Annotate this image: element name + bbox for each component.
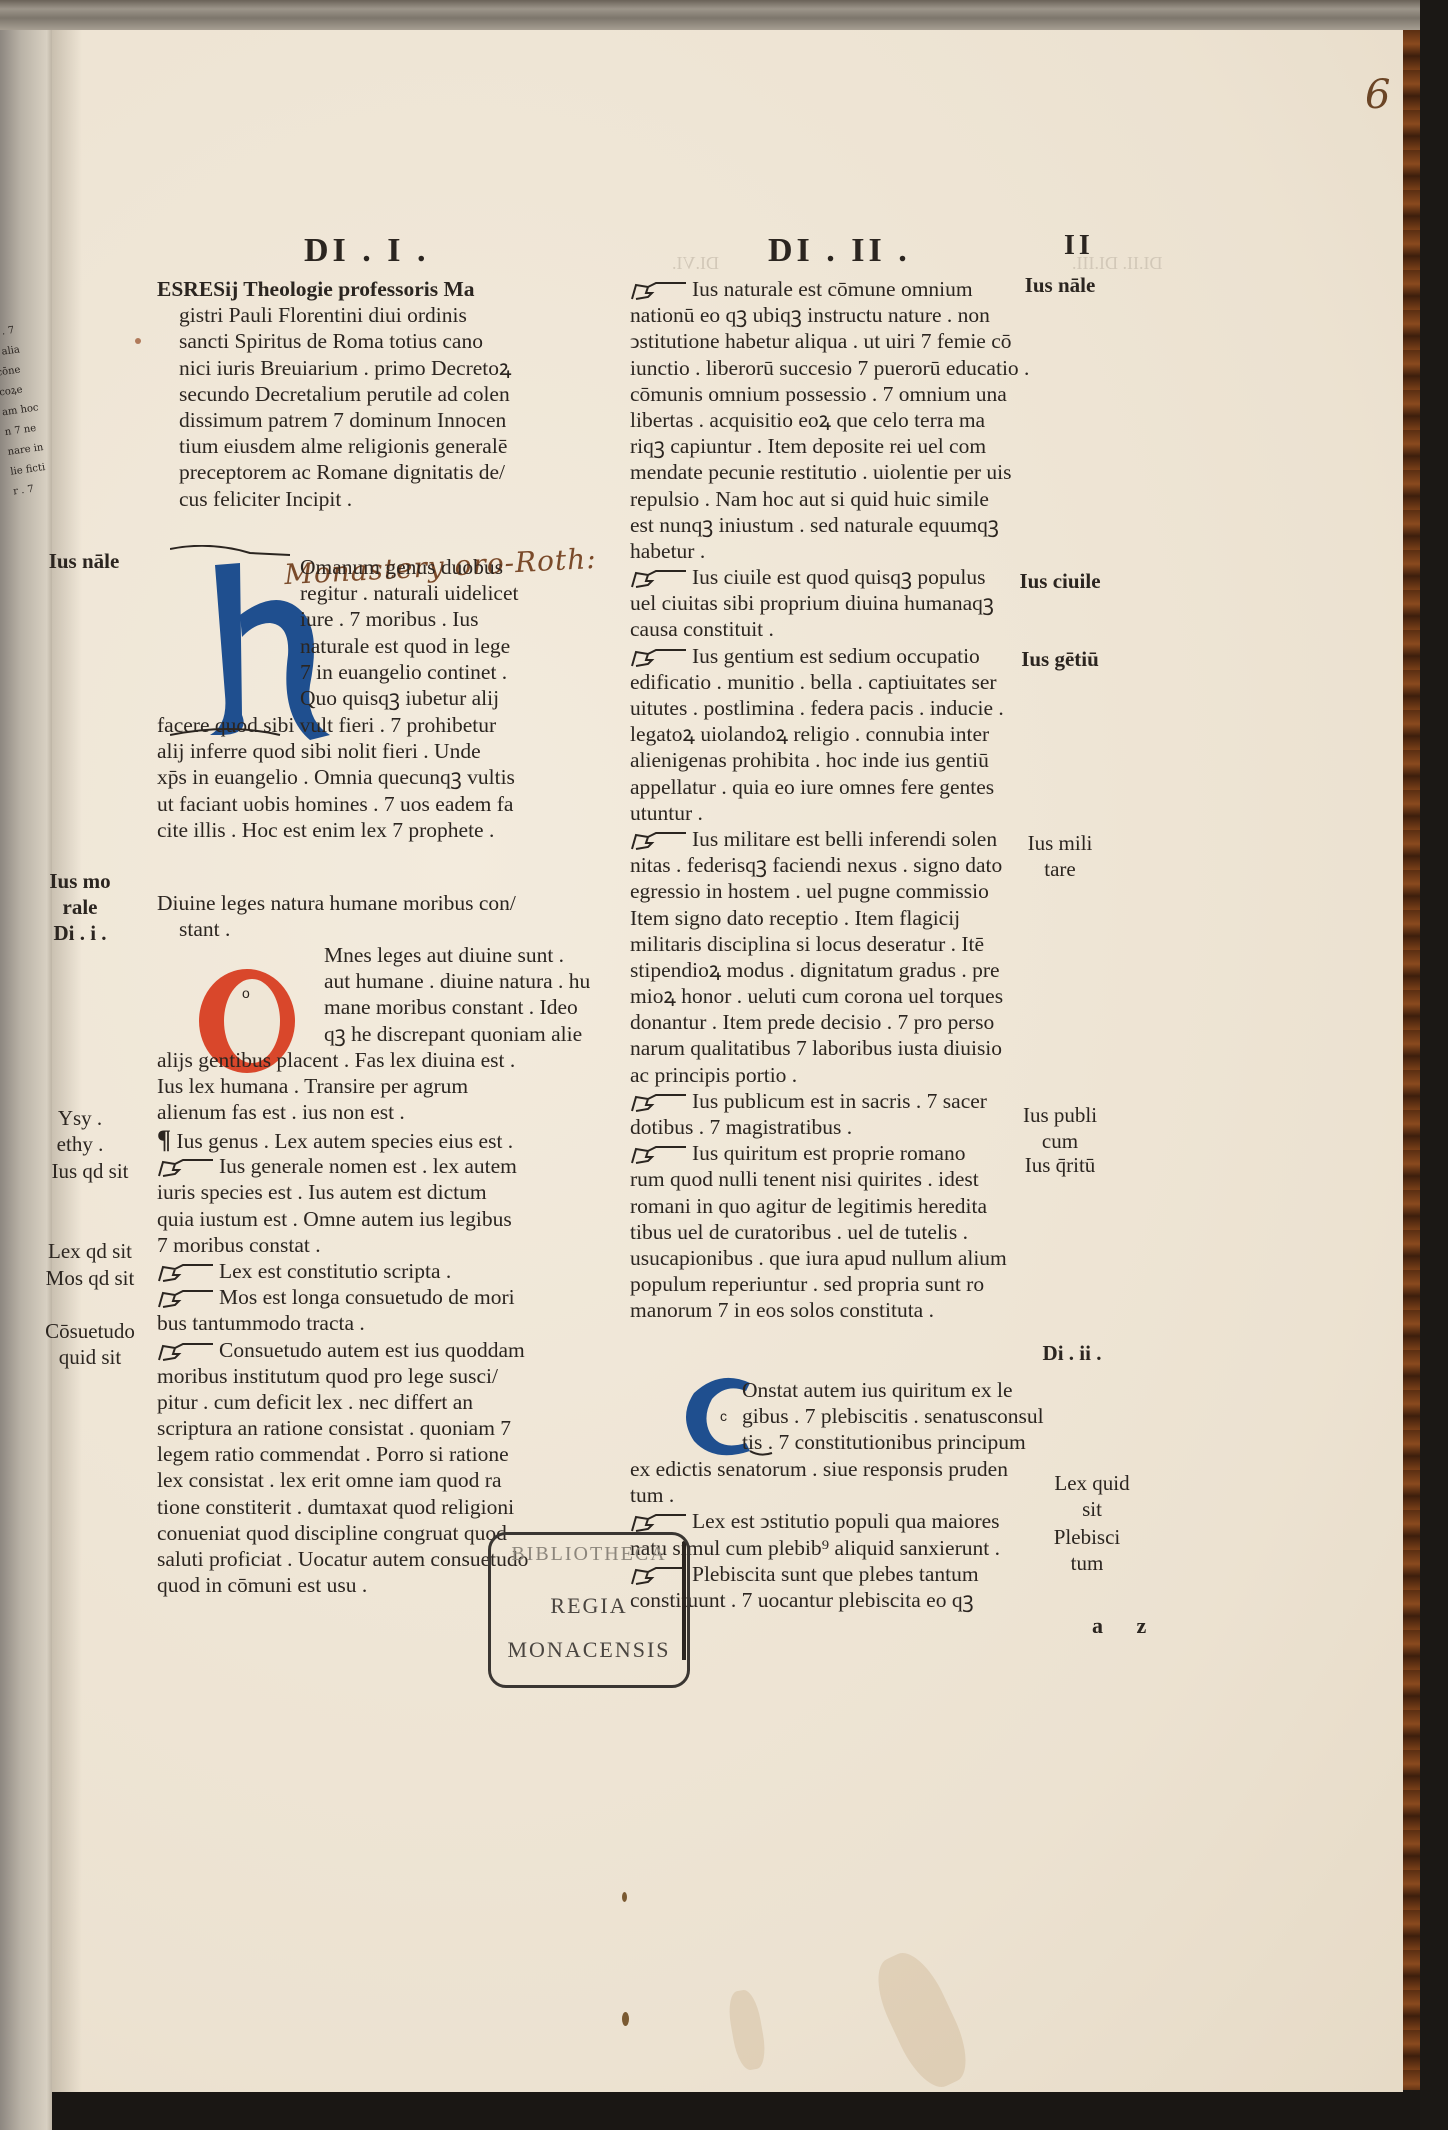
- text-line-content: nationū eo qꝫ ubiqꝫ instructu nature . n…: [630, 303, 990, 327]
- text-line: appellatur . quia eo iure omnes fere gen…: [630, 774, 1029, 800]
- text-line: Onstat autem ius quiritum ex le: [742, 1377, 1044, 1403]
- text-line: scriptura an ratione consistat . quoniam…: [157, 1415, 528, 1441]
- text-line-content: Ius militare est belli inferendi solen: [692, 827, 997, 851]
- text-line: nici iuris Breuiarium . primo Decretoꝝ: [157, 355, 511, 381]
- text-line-content: riqꝫ capiuntur . Item deposite rei uel c…: [630, 434, 986, 458]
- bleed-through-text: DI.VI.: [672, 250, 719, 276]
- text-line: quia iustum est . Omne autem ius legibus: [157, 1206, 528, 1232]
- text-line-content: donantur . Item prede decisio . 7 pro pe…: [630, 1010, 994, 1034]
- margin-gloss: Plebisci tum: [1042, 1524, 1132, 1576]
- text-line: causa constituit .: [630, 616, 1029, 642]
- text-line-content: ac principis portio .: [630, 1063, 797, 1087]
- text-line: alienigenas prohibita . hoc inde ius gen…: [630, 747, 1029, 773]
- text-line: usucapionibus . que iura apud nullum ali…: [630, 1245, 1029, 1271]
- margin-gloss: Mos qd sit: [40, 1265, 140, 1291]
- text-line: donantur . Item prede decisio . 7 pro pe…: [630, 1009, 1029, 1035]
- text-line-content: repulsio . Nam hoc aut si quid huic simi…: [630, 487, 989, 511]
- paper-speck: [135, 338, 141, 344]
- text-line-content: causa constituit .: [630, 617, 774, 641]
- text-line: utuntur .: [630, 800, 1029, 826]
- text-line: Quo quisqꝫ iubetur alij: [300, 685, 519, 711]
- text-line: dissimum patrem 7 dominum Innocen: [157, 407, 511, 433]
- paragraph-mark-icon: ¶: [157, 1125, 171, 1154]
- manicule-pointing-hand-icon: [157, 1342, 215, 1362]
- text-line: Mnes leges aut diuine sunt .: [324, 942, 590, 968]
- text-line: tum .: [630, 1482, 1008, 1508]
- text-line-content: ex edictis senatorum . siue responsis pr…: [630, 1457, 1008, 1481]
- text-line: gibus . 7 plebiscitis . senatusconsul: [742, 1403, 1044, 1429]
- margin-gloss: Ius publi cum: [1010, 1102, 1110, 1154]
- book-top-edge: [0, 0, 1448, 30]
- text-line: qꝫ he discrepant quoniam alie: [324, 1021, 590, 1047]
- text-line: facere quod sibi vult fieri . 7 prohibet…: [157, 712, 515, 738]
- text-line: repulsio . Nam hoc aut si quid huic simi…: [630, 486, 1029, 512]
- text-line: quod in cōmuni est usu .: [157, 1572, 528, 1598]
- text-line-content: dotibus . 7 magistratibus .: [630, 1115, 852, 1139]
- margin-gloss: Ius gētiū: [1010, 646, 1110, 672]
- text-line-content: Lex est ↄstitutio populi qua maiores: [692, 1509, 1000, 1533]
- manicule-pointing-hand-icon: [157, 1289, 215, 1309]
- margin-gloss: Lex quid sit: [1042, 1470, 1142, 1522]
- text-line-content: Plebiscita sunt que plebes tantum: [692, 1562, 979, 1586]
- margin-gloss: Ius nāle: [1010, 272, 1110, 298]
- text-line: uel ciuitas sibi proprium diuina humanaq…: [630, 590, 1029, 616]
- text-line: mioꝝ honor . ueluti cum corona uel torqu…: [630, 983, 1029, 1009]
- text-line: mane moribus constant . Ideo: [324, 994, 590, 1020]
- text-line-content: cōmunis omnium possessio . 7 omnium una: [630, 382, 1007, 406]
- text-line: saluti proficiat . Uocatur autem consuet…: [157, 1546, 528, 1572]
- text-line: iure . 7 moribus . Ius: [300, 606, 519, 632]
- text-line: dotibus . 7 magistratibus .: [630, 1114, 1029, 1140]
- text-line: cus feliciter Incipit .: [157, 486, 511, 512]
- text-line: alij inferre quod sibi nolit fieri . Und…: [157, 738, 515, 764]
- folio-number: 6: [1365, 72, 1390, 118]
- text-line: Ius publicum est in sacris . 7 sacer: [630, 1088, 1029, 1114]
- manicule-pointing-hand-icon: [157, 1158, 215, 1178]
- manicule-pointing-hand-icon: [630, 281, 688, 301]
- text-line: ut faciant uobis homines . 7 uos eadem f…: [157, 791, 515, 817]
- background-edge: [1420, 0, 1448, 2130]
- text-line: libertas . acquisitio eoꝝ que celo terra…: [630, 407, 1029, 433]
- text-line: alijs gentibus placent . Fas lex diuina …: [157, 1047, 515, 1073]
- text-line: manorum 7 in eos solos constituta .: [630, 1297, 1029, 1323]
- water-stain: [865, 1944, 979, 2096]
- text-line: habetur .: [630, 538, 1029, 564]
- margin-gloss: Ysy . ethy .: [40, 1105, 120, 1157]
- text-line-content: Ius gentium est sedium occupatio: [692, 644, 980, 668]
- text-line: Ius gentium est sedium occupatio: [630, 643, 1029, 669]
- text-line: pitur . cum deficit lex . nec differt an: [157, 1389, 528, 1415]
- text-line-content: libertas . acquisitio eoꝝ que celo terra…: [630, 408, 985, 432]
- text-line: rum quod nulli tenent nisi quirites . id…: [630, 1166, 1029, 1192]
- text-line: Ius ciuile est quod quisqꝫ populus: [630, 564, 1029, 590]
- text-line: est nunqꝫ iniustum . sed naturale equumq…: [630, 512, 1029, 538]
- text-line-content: habetur .: [630, 539, 705, 563]
- text-line: Ius militare est belli inferendi solen: [630, 826, 1029, 852]
- running-head: II: [1064, 230, 1094, 262]
- text-line: edificatio . munitio . bella . captiuita…: [630, 669, 1029, 695]
- text-line-content: mioꝝ honor . ueluti cum corona uel torqu…: [630, 984, 1003, 1008]
- text-line: tione constiterit . dumtaxat quod religi…: [157, 1494, 528, 1520]
- paper-speck: [622, 1892, 627, 1902]
- text-line: ex edictis senatorum . siue responsis pr…: [630, 1456, 1008, 1482]
- text-line: nitas . federisqꝫ faciendi nexus . signo…: [630, 852, 1029, 878]
- margin-gloss: Lex qd sit: [40, 1238, 140, 1264]
- text-line: militaris disciplina si locus deseratur …: [630, 931, 1029, 957]
- text-line-content: usucapionibus . que iura apud nullum ali…: [630, 1246, 1007, 1270]
- text-line: ¶ Ius genus . Lex autem species eius est…: [157, 1127, 528, 1153]
- guide-letter-o: o: [242, 985, 250, 1001]
- text-line-content: Ius generale nomen est . lex autem: [219, 1154, 517, 1178]
- signature-mark: a z: [1092, 1613, 1160, 1639]
- manicule-pointing-hand-icon: [630, 831, 688, 851]
- text-line-content: legatoꝝ uiolandoꝝ religio . connubia int…: [630, 722, 989, 746]
- text-line-content: tibus uel de curatoribus . uel de tuteli…: [630, 1220, 968, 1244]
- text-line: legatoꝝ uiolandoꝝ religio . connubia int…: [630, 721, 1029, 747]
- text-line-content: Mos est longa consuetudo de mori: [219, 1285, 515, 1309]
- text-line: Ius generale nomen est . lex autem: [157, 1153, 528, 1179]
- text-line-content: uel ciuitas sibi proprium diuina humanaq…: [630, 591, 994, 615]
- text-line: conueniat quod discipline congruat quod: [157, 1520, 528, 1546]
- margin-gloss: Ius qd sit: [40, 1158, 140, 1184]
- margin-gloss: Di . i .: [40, 920, 120, 946]
- text-line: iunctio . liberorū succesio 7 puerorū ed…: [630, 355, 1029, 381]
- text-line-content: stipendioꝝ modus . dignitatum gradus . p…: [630, 958, 1000, 982]
- left-para-4: ¶ Ius genus . Lex autem species eius est…: [157, 1127, 528, 1598]
- right-para-c-indented: Onstat autem ius quiritum ex le gibus . …: [742, 1377, 1044, 1456]
- margin-gloss: Ius q̄ritū: [1010, 1152, 1110, 1178]
- left-column-incipit: ESRESij Theologie professoris Ma gistri …: [157, 276, 511, 512]
- margin-gloss: Ius nāle: [44, 548, 124, 574]
- paper-speck: [622, 2012, 629, 2026]
- margin-gloss: Cōsuetudo quid sit: [40, 1318, 140, 1370]
- left-para-2: Diuine leges natura humane moribus con/ …: [157, 890, 516, 942]
- text-line: legem ratio commendat . Porro si ratione: [157, 1441, 528, 1467]
- text-line-content: utuntur .: [630, 801, 703, 825]
- text-line: ESRESij Theologie professoris Ma: [157, 276, 511, 302]
- text-line: egressio in hostem . uel pugne commissio: [630, 878, 1029, 904]
- text-line-content: Ius genus . Lex autem species eius est .: [176, 1129, 513, 1153]
- text-line-content: narum qualitatibus 7 laboribus iusta diu…: [630, 1036, 1002, 1060]
- left-para-3: alijs gentibus placent . Fas lex diuina …: [157, 1047, 515, 1126]
- text-line: regitur . naturali uidelicet: [300, 580, 519, 606]
- text-line: Item signo dato receptio . Item flagicij: [630, 905, 1029, 931]
- text-line: 7 moribus constat .: [157, 1232, 528, 1258]
- text-line-content: Ius naturale est cōmune omnium: [692, 277, 973, 301]
- text-line-content: manorum 7 in eos solos constituta .: [630, 1298, 934, 1322]
- text-line: sancti Spiritus de Roma totius cano: [157, 328, 511, 354]
- text-line-content: alienigenas prohibita . hoc inde ius gen…: [630, 748, 989, 772]
- text-line: ac principis portio .: [630, 1062, 1029, 1088]
- previous-leaf-edge: C . 7 r alia cōne coꝝe am hoc n 7 ne nar…: [0, 30, 52, 2130]
- text-line: preceptorem ac Romane dignitatis de/: [157, 459, 511, 485]
- text-line: cōmunis omnium possessio . 7 omnium una: [630, 381, 1029, 407]
- stamp-line-3: MONACENSIS: [491, 1637, 687, 1663]
- text-line-content: populum reperiuntur . sed propria sunt r…: [630, 1272, 984, 1296]
- text-line: moribus institutum quod pro lege susci/: [157, 1363, 528, 1389]
- left-column-heading: DI . I .: [304, 232, 430, 270]
- text-line-content: ↄstitutione habetur aliqua . ut uiri 7 f…: [630, 329, 1012, 353]
- text-line: tis . 7 constitutionibus principum: [742, 1429, 1044, 1455]
- text-line-content: Lex est constitutio scripta .: [219, 1259, 451, 1283]
- text-line-content: est nunqꝫ iniustum . sed naturale equumq…: [630, 513, 999, 537]
- text-line: stipendioꝝ modus . dignitatum gradus . p…: [630, 957, 1029, 983]
- right-column-heading: DI . II .: [768, 232, 911, 270]
- text-line: Ius quiritum est proprie romano: [630, 1140, 1029, 1166]
- margin-gloss: Di . ii .: [1042, 1340, 1102, 1366]
- text-line: Mos est longa consuetudo de mori: [157, 1284, 528, 1310]
- text-line: gistri Pauli Florentini diui ordinis: [157, 302, 511, 328]
- text-line: xp̄s in euangelio . Omnia quecunqꝫ vulti…: [157, 764, 515, 790]
- text-line: romani in quo agitur de legitimis heredi…: [630, 1193, 1029, 1219]
- text-line-content: nitas . federisqꝫ faciendi nexus . signo…: [630, 853, 1002, 877]
- incunable-page: DI.VI. DI.II. DI.III. 6 DI . I . DI . II…: [52, 30, 1403, 2092]
- text-line: Lex est ↄstitutio populi qua maiores: [630, 1508, 1008, 1534]
- text-line: lex consistat . lex erit omne iam quod r…: [157, 1467, 528, 1493]
- text-line: Ius lex humana . Transire per agrum: [157, 1073, 515, 1099]
- text-line-content: uitutes . postlimina . federa pacis . in…: [630, 696, 1004, 720]
- manicule-pointing-hand-icon: [630, 1145, 688, 1165]
- text-line: Omanum genus duobus: [300, 554, 519, 580]
- text-line: ↄstitutione habetur aliqua . ut uiri 7 f…: [630, 328, 1029, 354]
- text-line-content: appellatur . quia eo iure omnes fere gen…: [630, 775, 994, 799]
- text-line-content: Ius publicum est in sacris . 7 sacer: [692, 1089, 987, 1113]
- text-line: secundo Decretalium perutile ad colen: [157, 381, 511, 407]
- left-para-1: facere quod sibi vult fieri . 7 prohibet…: [157, 712, 515, 843]
- text-line-content: iunctio . liberorū succesio 7 puerorū ed…: [630, 356, 1029, 380]
- text-line: 7 in euangelio continet .: [300, 659, 519, 685]
- text-line: narum qualitatibus 7 laboribus iusta diu…: [630, 1035, 1029, 1061]
- text-line: stant .: [157, 916, 516, 942]
- text-line: Lex est constitutio scripta .: [157, 1258, 528, 1284]
- text-line: populum reperiuntur . sed propria sunt r…: [630, 1271, 1029, 1297]
- text-line: alienum fas est . ius non est .: [157, 1099, 515, 1125]
- water-stain: [725, 1988, 768, 2072]
- text-line-content: romani in quo agitur de legitimis heredi…: [630, 1194, 987, 1218]
- leather-binding-edge: [1403, 30, 1420, 2090]
- margin-gloss: Ius mili tare: [1010, 830, 1110, 882]
- text-line-content: Item signo dato receptio . Item flagicij: [630, 906, 960, 930]
- library-stamp: BIBLIOTHECA REGIA MONACENSIS: [488, 1532, 690, 1688]
- text-line: cite illis . Hoc est enim lex 7 prophete…: [157, 817, 515, 843]
- text-line-content: rum quod nulli tenent nisi quirites . id…: [630, 1167, 979, 1191]
- guide-letter-c: c: [720, 1408, 727, 1424]
- text-line: iuris species est . Ius autem est dictum: [157, 1179, 528, 1205]
- stamp-line-2: REGIA: [491, 1593, 687, 1619]
- text-line-content: mendate pecunie restitutio . uiolentie p…: [630, 460, 1012, 484]
- text-line-content: Ius quiritum est proprie romano: [692, 1141, 965, 1165]
- text-line: tium eiusdem alme religionis generalē: [157, 433, 511, 459]
- left-para-3-indented: Mnes leges aut diuine sunt . aut humane …: [324, 942, 590, 1047]
- stamp-line-1: BIBLIOTHECA: [491, 1543, 687, 1566]
- margin-gloss: Ius mo rale: [40, 868, 120, 920]
- manicule-pointing-hand-icon: [157, 1263, 215, 1283]
- text-line: uitutes . postlimina . federa pacis . in…: [630, 695, 1029, 721]
- text-line: aut humane . diuine natura . hu: [324, 968, 590, 994]
- text-line-content: tum .: [630, 1483, 674, 1507]
- text-line: tibus uel de curatoribus . uel de tuteli…: [630, 1219, 1029, 1245]
- text-line-content: Consuetudo autem est ius quoddam: [219, 1338, 525, 1362]
- left-para-1-indented: Omanum genus duobus regitur . naturali u…: [300, 554, 519, 711]
- text-line: Diuine leges natura humane moribus con/: [157, 890, 516, 916]
- manicule-pointing-hand-icon: [630, 569, 688, 589]
- manicule-pointing-hand-icon: [630, 648, 688, 668]
- text-line-content: Ius ciuile est quod quisqꝫ populus: [692, 565, 985, 589]
- text-line: Ius naturale est cōmune omnium: [630, 276, 1029, 302]
- text-line-content: egressio in hostem . uel pugne commissio: [630, 879, 989, 903]
- text-line: naturale est quod in lege: [300, 633, 519, 659]
- text-line-content: edificatio . munitio . bella . captiuita…: [630, 670, 997, 694]
- text-line-content: militaris disciplina si locus deseratur …: [630, 932, 984, 956]
- text-line: mendate pecunie restitutio . uiolentie p…: [630, 459, 1029, 485]
- margin-gloss: Ius ciuile: [1010, 568, 1110, 594]
- book-spread: C . 7 r alia cōne coꝝe am hoc n 7 ne nar…: [0, 0, 1448, 2130]
- text-line: riqꝫ capiuntur . Item deposite rei uel c…: [630, 433, 1029, 459]
- manicule-pointing-hand-icon: [630, 1093, 688, 1113]
- text-line: Consuetudo autem est ius quoddam: [157, 1337, 528, 1363]
- text-line: bus tantummodo tracta .: [157, 1310, 528, 1336]
- gutter-shadow: [52, 30, 82, 2092]
- manicule-pointing-hand-icon: [630, 1513, 688, 1533]
- right-column-text: Ius naturale est cōmune omniumnationū eo…: [630, 276, 1029, 1324]
- text-line: nationū eo qꝫ ubiqꝫ instructu nature . n…: [630, 302, 1029, 328]
